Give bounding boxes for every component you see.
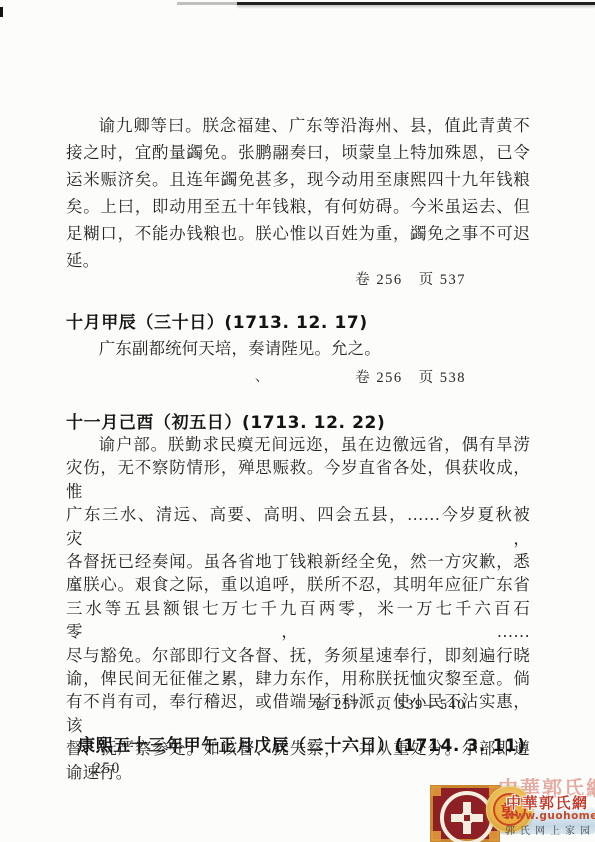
- text-line: 三水等五县额银七万七千九百两零，米一万七千六百石零，……: [66, 597, 530, 644]
- text-line: 谕户部。朕勤求民瘼无间远迩，虽在边徼远省，偶有旱涝: [66, 433, 530, 456]
- watermark-url: www.guohome.org: [505, 810, 595, 822]
- entry-heading: 康熙五十三年甲午正月戊辰（二十六日）(1714. 3. 11): [78, 731, 553, 756]
- text-line: 广东副都统何天培，奏请陛见。允之。: [66, 335, 530, 362]
- seal-corner-ornament: [431, 786, 441, 796]
- source-citation: 卷 256 页 538: [66, 366, 530, 387]
- seal-ring: [440, 791, 494, 842]
- watermark: 中華郭氏網 郭 中華郭氏網 www.guohome.org 郭氏网上家园: [428, 778, 595, 842]
- seal-cross-center: [462, 813, 472, 823]
- page-number: 250: [93, 760, 121, 778]
- paragraph: 广东副都统何天培，奏请陛见。允之。: [66, 335, 530, 362]
- text-line: 各督抚已经奏闻。虽各省地丁钱粮新经全免，然一方灾歉，悉: [66, 550, 530, 573]
- seal-corner-ornament: [431, 831, 441, 841]
- text-line: 谕九卿等曰。朕念福建、广东等沿海州、县，值此青黄不: [66, 112, 530, 139]
- text-line: 接之时，宜酌量蠲免。张鹏翮奏曰，顷蒙皇上特加殊恩，已令: [66, 139, 530, 166]
- text-line: 廑朕心。艰食之际，重以追呼，朕所不忍，其明年应征广东省: [66, 573, 530, 596]
- watermark-tagline: 郭氏网上家园: [505, 822, 595, 837]
- book-page: 谕九卿等曰。朕念福建、广东等沿海州、县，值此青黄不接之时，宜酌量蠲免。张鹏翮奏曰…: [0, 0, 595, 842]
- text-line: 谕，俾民间无征催之累，肆力东作，用称朕抚恤灾黎至意。倘: [66, 667, 530, 690]
- source-citation: 卷 257 页 539—540: [66, 693, 530, 714]
- text-line: 广东三水、清远、高要、高明、四会五县，……今岁夏秋被灾，: [66, 503, 530, 550]
- page-content: 谕九卿等曰。朕念福建、广东等沿海州、县，值此青黄不接之时，宜酌量蠲免。张鹏翮奏曰…: [0, 0, 595, 842]
- paragraph: 谕九卿等曰。朕念福建、广东等沿海州、县，值此青黄不接之时，宜酌量蠲免。张鹏翮奏曰…: [66, 112, 530, 274]
- text-line: 足糊口，不能办钱粮也。朕心惟以百姓为重，蠲免之事不可迟: [66, 220, 530, 247]
- seal-corner-ornament: [489, 831, 499, 841]
- scan-artifact-stray-mark: 、: [255, 366, 269, 386]
- source-citation: 卷 256 页 537: [66, 268, 530, 289]
- text-line: 运米赈济矣。且连年蠲免甚多，现今动用至康熙四十九年钱粮: [66, 166, 530, 193]
- text-line: 尽与豁免。尔部即行文各督、抚，务须星速奉行，即刻遍行晓: [66, 644, 530, 667]
- text-line: 矣。上曰，即动用至五十年钱粮，有何妨碍。今米虽运去、但: [66, 193, 530, 220]
- entry-heading: 十月甲辰（三十日）(1713. 12. 17): [66, 308, 541, 333]
- text-line: 灾伤，无不察防情形，殚思赈救。今岁直省各处，俱获收成，惟: [66, 456, 530, 503]
- entry-heading: 十一月己酉（初五日）(1713. 12. 22): [66, 408, 541, 433]
